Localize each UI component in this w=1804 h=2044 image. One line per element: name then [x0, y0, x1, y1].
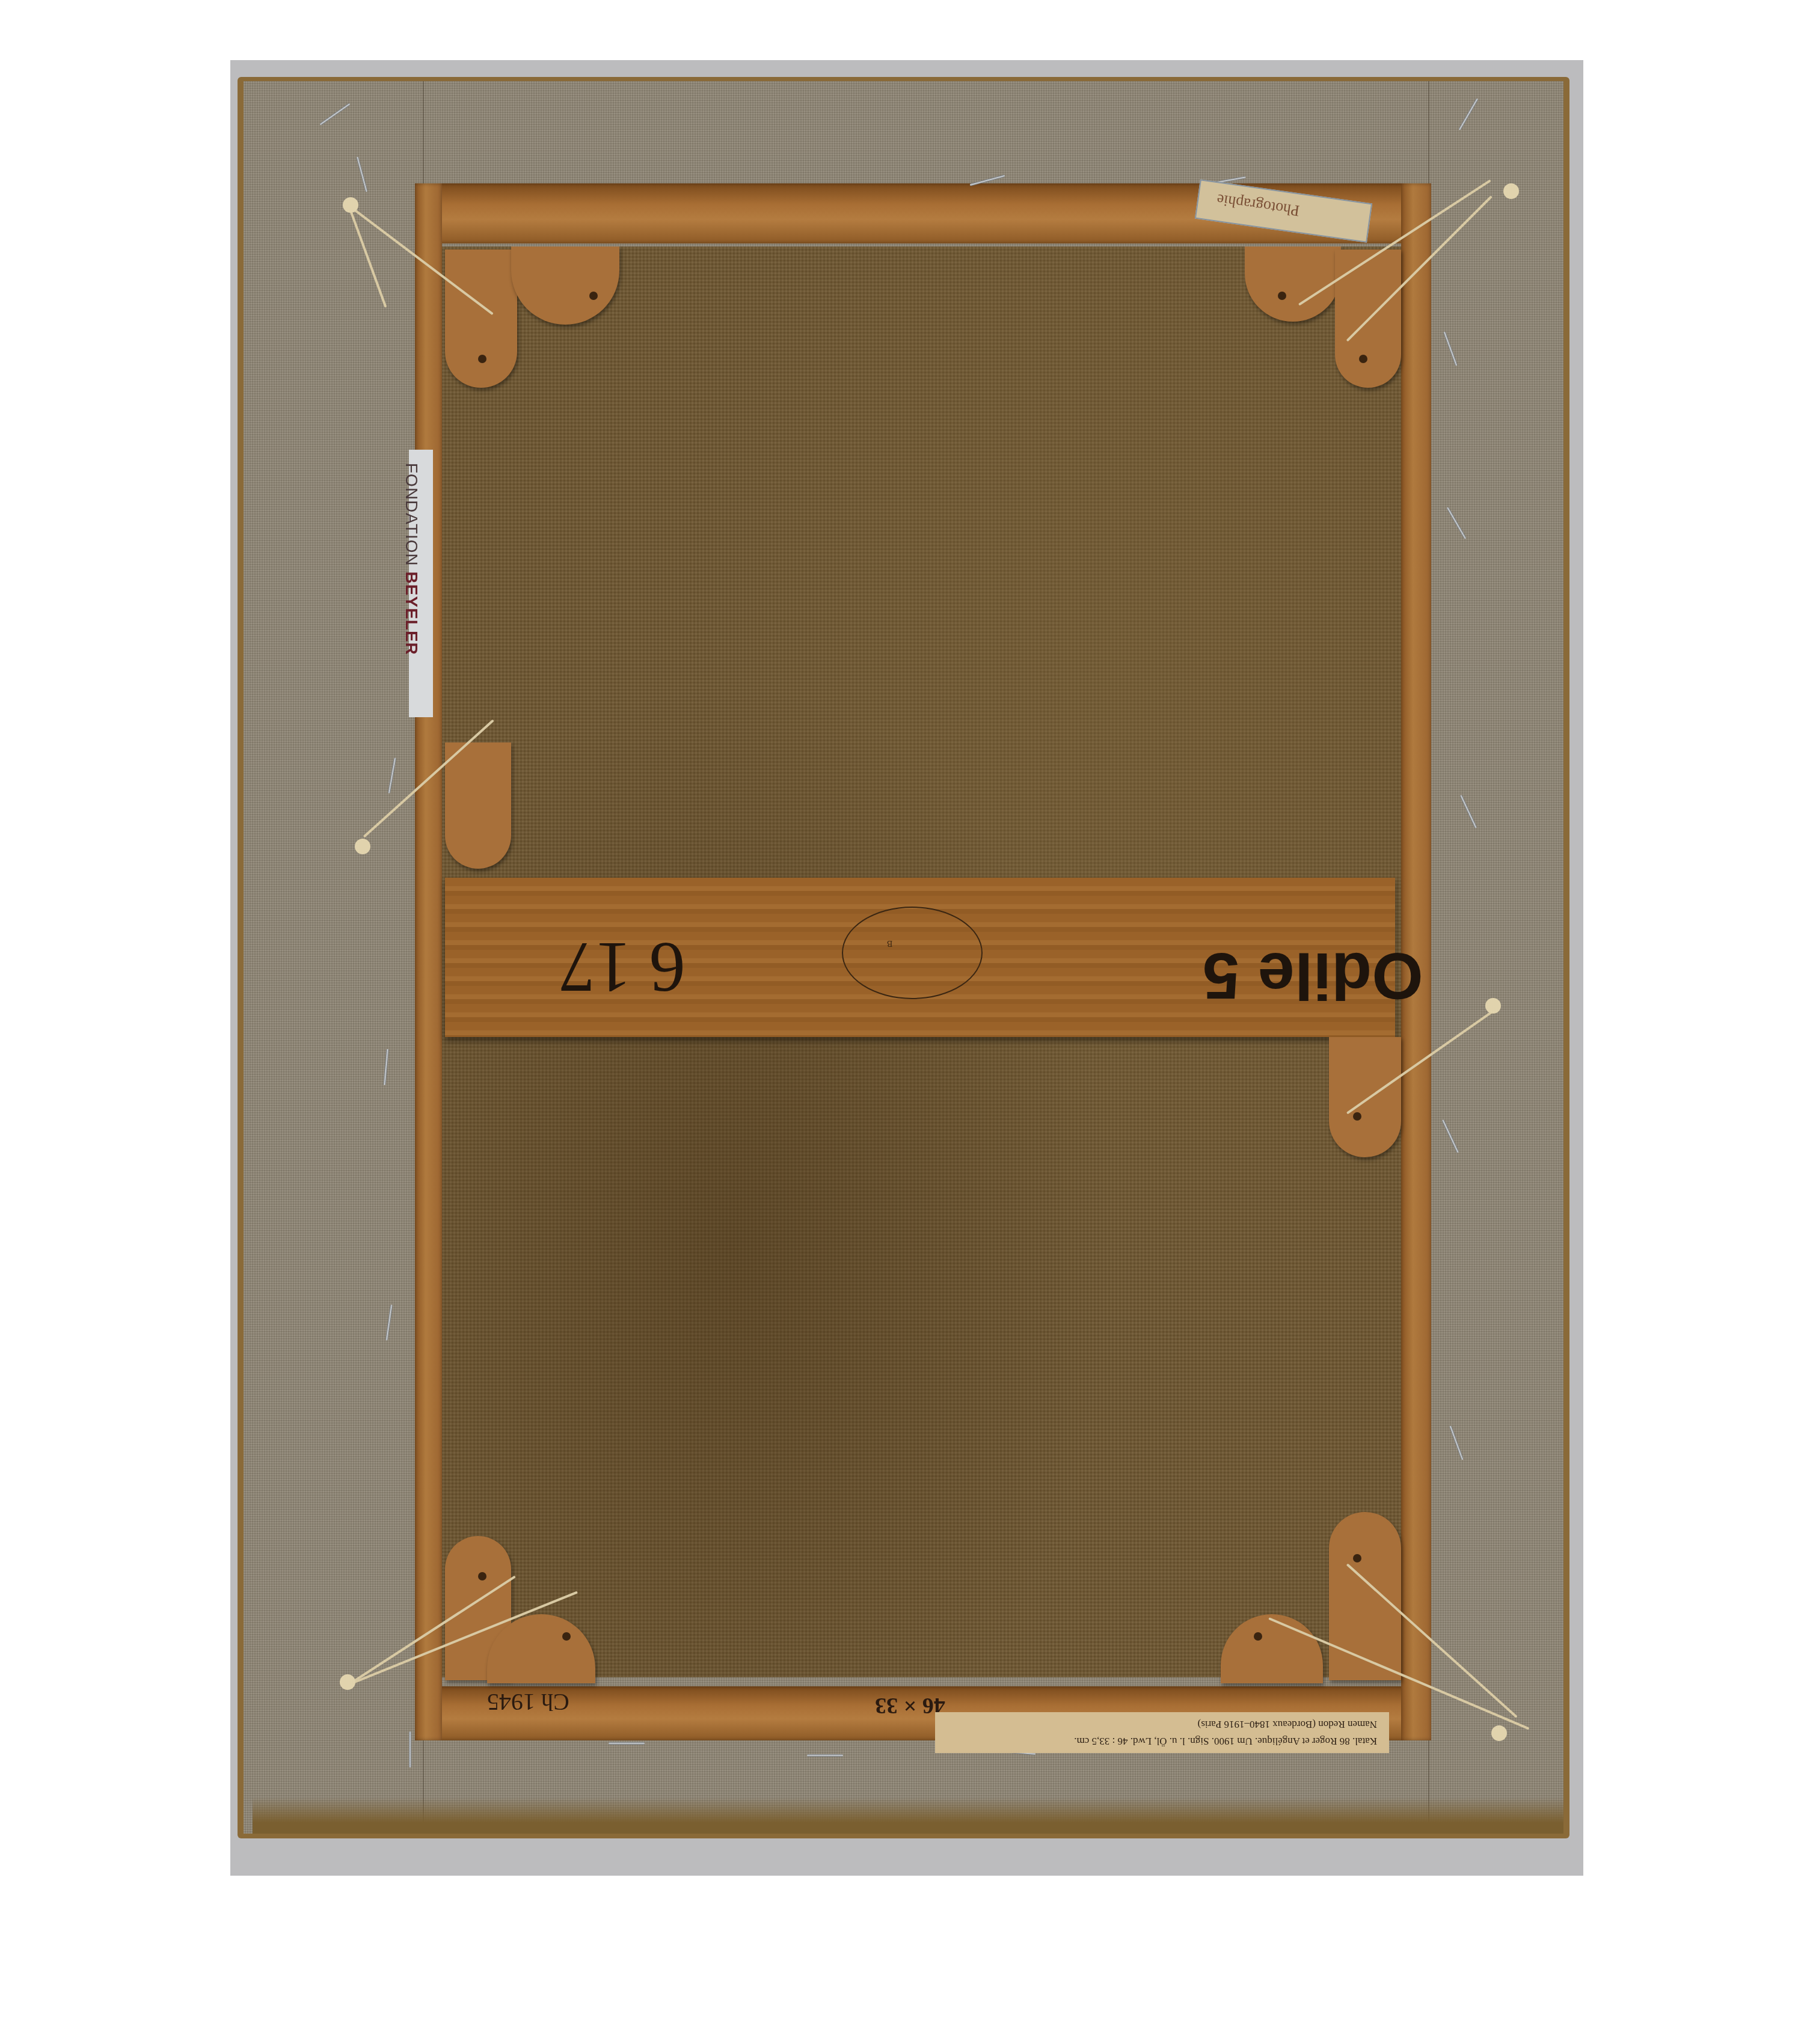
string-knot-bottom-right [1491, 1725, 1507, 1741]
mid-key-left [445, 742, 511, 869]
string-knot-bottom-left [340, 1674, 355, 1690]
string-knot-mid-left [355, 839, 370, 854]
staple [409, 1731, 411, 1767]
collection-label-text: FONDATION BEYELER [402, 463, 421, 655]
catalog-clipping-line-2: Namen Redon (Bordeaux 1840–1916 Paris) [1198, 1718, 1377, 1730]
stretcher-bar-left [415, 183, 442, 1740]
frayed-bottom-edge [253, 1798, 1563, 1834]
string-knot-top-left [343, 197, 358, 213]
bottom-bar-inscription: Ch 1945 [487, 1688, 569, 1716]
ink-stamp: B [887, 938, 892, 947]
mid-key-right [1329, 1037, 1401, 1157]
corner-key-top-left-vertical [445, 249, 517, 388]
ink-stamp-outline [842, 907, 983, 999]
staple [609, 1742, 645, 1745]
staple [807, 1754, 843, 1757]
crossbar-pencil-inscription: 6 17 [559, 926, 686, 1009]
photographer-sticker-text: Photographie [1216, 191, 1301, 220]
catalog-clipping-line-1: Katal. 86 Roger et Angélique. Um 1900. S… [1074, 1735, 1377, 1747]
catalog-clipping: Katal. 86 Roger et Angélique. Um 1900. S… [935, 1712, 1389, 1753]
crossbar-marker-inscription: Odile 5 [1203, 938, 1423, 1014]
corner-key-bottom-right-vertical [1329, 1512, 1401, 1680]
string-knot-mid-right [1485, 998, 1501, 1014]
string-knot-top-right [1503, 183, 1519, 199]
